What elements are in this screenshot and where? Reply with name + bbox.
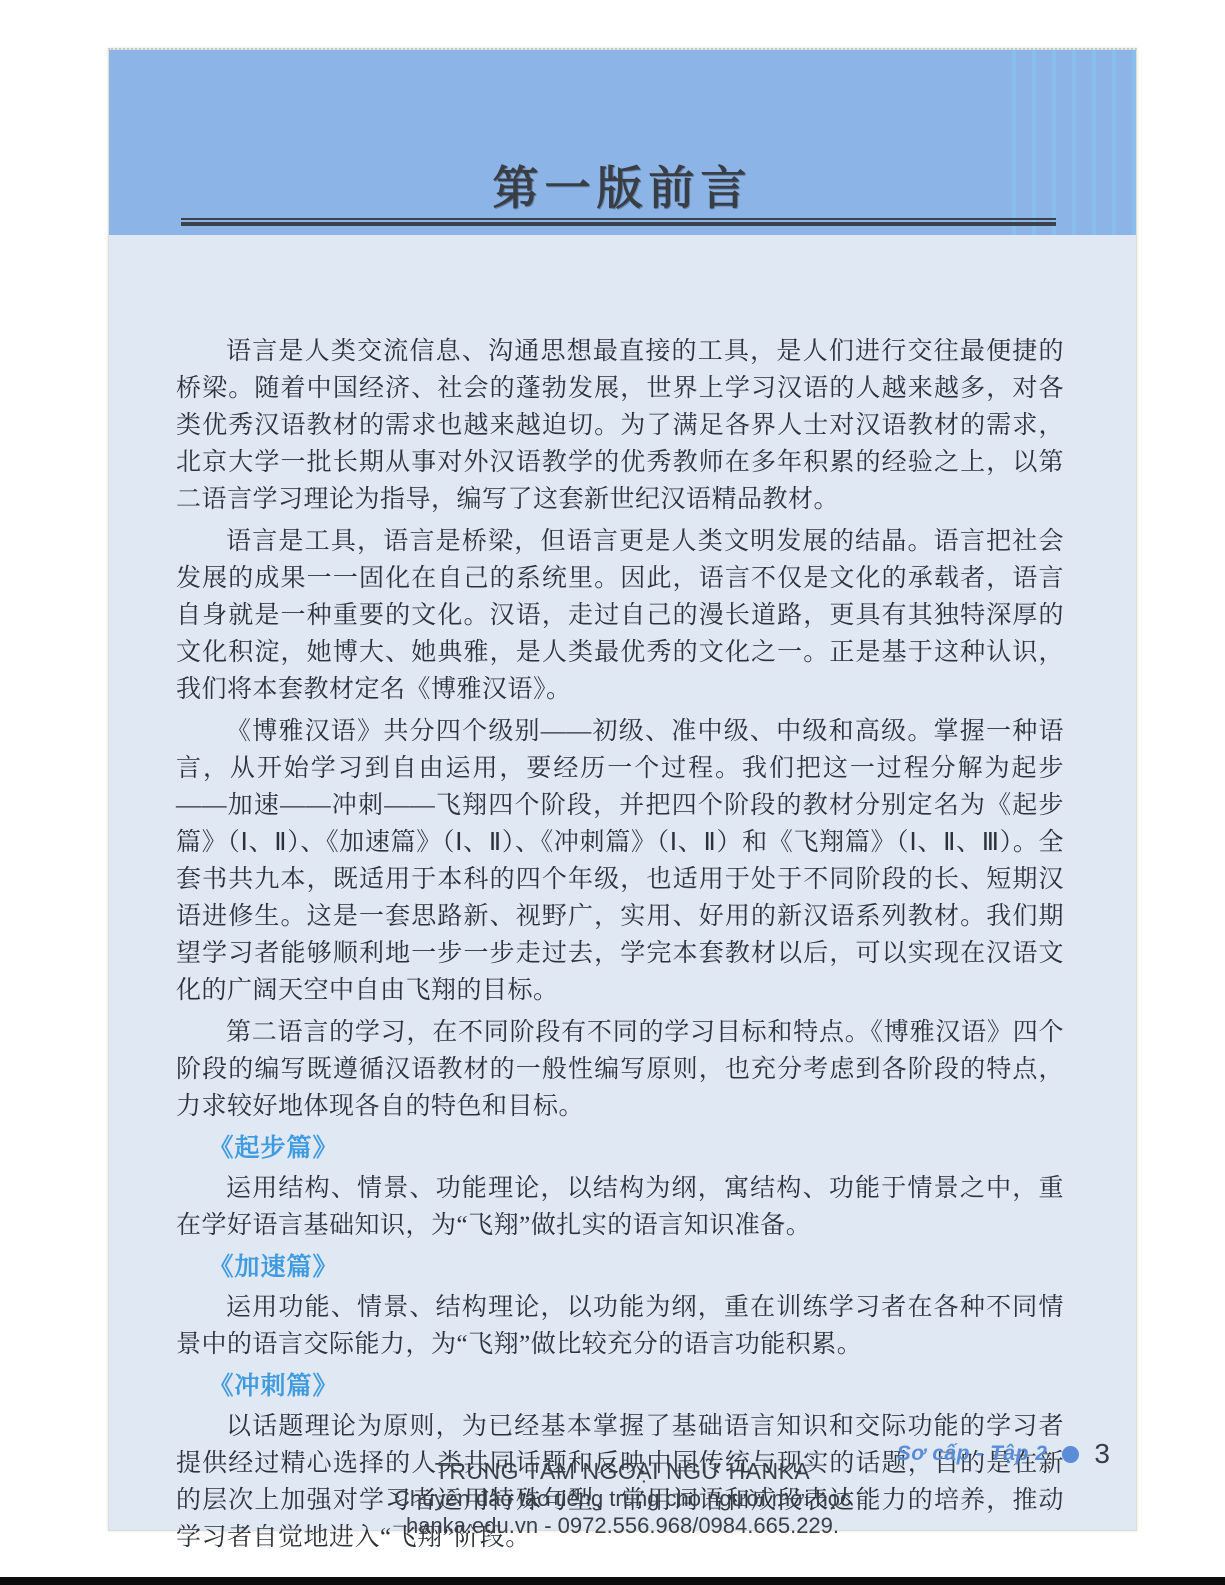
preface-body: 语言是人类交流信息、沟通思想最直接的工具，是人们进行交往最便捷的桥梁。随着中国经… (176, 333, 1064, 1561)
scan-bottom-bar (0, 1577, 1225, 1585)
body-paragraph: 语言是人类交流信息、沟通思想最直接的工具，是人们进行交往最便捷的桥梁。随着中国经… (176, 333, 1064, 518)
body-paragraph: 《博雅汉语》共分四个级别——初级、准中级、中级和高级。掌握一种语言，从开始学习到… (176, 713, 1064, 1009)
page-title: 第一版前言 (109, 152, 1136, 218)
title-rule (181, 218, 1056, 226)
watermark-line3: hanka.edu.vn - 0972.556.968/0984.665.229… (109, 1512, 1136, 1539)
watermark: TRUNG TÂM NGOẠI NGỮ HANKA Chuyên đào tạo… (109, 1458, 1136, 1539)
section-paragraph: 运用结构、情景、功能理论，以结构为纲，寓结构、功能于情景之中，重在学好语言基础知… (176, 1170, 1064, 1244)
watermark-line1: TRUNG TÂM NGOẠI NGỮ HANKA (109, 1458, 1136, 1485)
scanned-page: 第一版前言 语言是人类交流信息、沟通思想最直接的工具，是人们进行交往最便捷的桥梁… (108, 48, 1137, 1531)
header-band: 第一版前言 (109, 50, 1136, 235)
body-paragraph: 第二语言的学习，在不同阶段有不同的学习目标和特点。《博雅汉语》四个阶段的编写既遵… (176, 1014, 1064, 1125)
section-paragraph: 运用功能、情景、结构理论，以功能为纲，重在训练学习者在各种不同情景中的语言交际能… (176, 1289, 1064, 1363)
section-heading-chongcipian: 《冲刺篇》 (176, 1368, 1064, 1405)
section-heading-jiasupian: 《加速篇》 (176, 1249, 1064, 1286)
watermark-line2: Chuyên đào tạo tiếng trung cho người mới… (109, 1485, 1136, 1512)
body-paragraph: 语言是工具，语言是桥梁，但语言更是人类文明发展的结晶。语言把社会发展的成果一一固… (176, 523, 1064, 708)
section-heading-qibupian: 《起步篇》 (176, 1130, 1064, 1167)
screenshot-canvas: 第一版前言 语言是人类交流信息、沟通思想最直接的工具，是人们进行交往最便捷的桥梁… (0, 0, 1225, 1585)
